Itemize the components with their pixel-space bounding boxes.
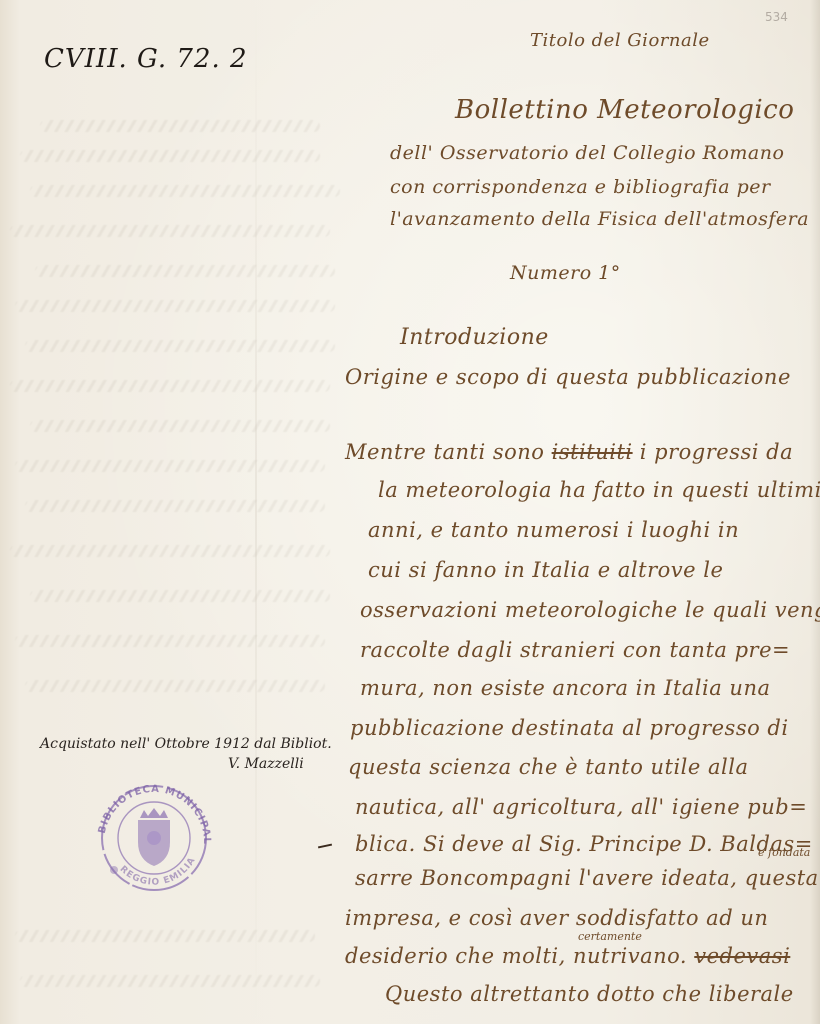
paper-fold bbox=[255, 0, 257, 1024]
manuscript-page: CVIII. G. 72. 2 534 Titolo del Giornale … bbox=[0, 0, 820, 1024]
header-note: Titolo del Giornale bbox=[530, 30, 710, 51]
struck-text: istituiti bbox=[552, 440, 633, 464]
margin-mark bbox=[318, 844, 332, 849]
bleed-through-stroke bbox=[20, 975, 320, 987]
body-text: i progressi da bbox=[633, 440, 794, 464]
library-stamp: BIBLIOTECA MUNICIPALE REGGIO EMILIA bbox=[90, 780, 218, 892]
section-heading: Introduzione bbox=[400, 325, 549, 350]
folio-number: 534 bbox=[765, 10, 788, 24]
issue-label: Numero 1° bbox=[510, 262, 621, 284]
bleed-through-stroke bbox=[15, 300, 335, 312]
bleed-through-stroke bbox=[25, 340, 335, 352]
body-line-11: blica. Si deve al Sig. Principe D. Balda… bbox=[355, 832, 813, 856]
body-line-2: la meteorologia ha fatto in questi ultim… bbox=[378, 478, 820, 502]
bleed-through-stroke bbox=[20, 150, 320, 162]
acquisition-note-signature: V. Mazzelli bbox=[228, 756, 304, 772]
bleed-through-stroke bbox=[25, 680, 325, 692]
body-line-7: mura, non esiste ancora in Italia una bbox=[360, 676, 771, 700]
interlinear-insert: e fondata bbox=[758, 846, 810, 859]
shelfmark: CVIII. G. 72. 2 bbox=[44, 44, 248, 74]
document-title: Bollettino Meteorologico bbox=[455, 95, 794, 125]
body-text: desiderio che molti, nutrivano. bbox=[345, 944, 694, 968]
subtitle-line-2: con corrispondenza e bibliografia per bbox=[390, 176, 771, 198]
body-line-4: cui si fanno in Italia e altrove le bbox=[368, 558, 723, 582]
bleed-through-stroke bbox=[30, 185, 340, 197]
body-line-12: sarre Boncompagni l'avere ideata, questa bbox=[355, 866, 819, 890]
subtitle-line-3-text: l'avanzamento della Fisica dell'atmosfer… bbox=[390, 208, 809, 230]
body-line-13: impresa, e così aver soddisfatto ad un bbox=[345, 906, 768, 930]
body-line-6: raccolte dagli stranieri con tanta pre= bbox=[360, 638, 790, 662]
body-line-3: anni, e tanto numerosi i luoghi in bbox=[368, 518, 739, 542]
body-line-9: questa scienza che è tanto utile alla bbox=[348, 755, 748, 779]
body-line-10: nautica, all' agricoltura, all' igiene p… bbox=[355, 795, 807, 819]
bleed-through-stroke bbox=[10, 225, 330, 237]
bleed-through-stroke bbox=[30, 420, 330, 432]
body-line-1: Mentre tanti sono istituiti i progressi … bbox=[345, 440, 793, 464]
struck-text: vedevasi bbox=[694, 944, 790, 968]
body-line-15: Questo altrettanto dotto che liberale bbox=[385, 982, 794, 1006]
bleed-through-stroke bbox=[35, 265, 335, 277]
subtitle-line-3: l'avanzamento della Fisica dell'atmosfer… bbox=[390, 208, 809, 230]
bleed-through-stroke bbox=[25, 500, 325, 512]
interlinear-insert: certamente bbox=[578, 930, 642, 943]
bleed-through-stroke bbox=[15, 635, 325, 647]
bleed-through-stroke bbox=[15, 460, 325, 472]
bleed-through-stroke bbox=[10, 545, 330, 557]
subtitle-line-1: dell' Osservatorio del Collegio Romano bbox=[390, 142, 784, 164]
acquisition-note-line-1: Acquistato nell' Ottobre 1912 dal Biblio… bbox=[40, 736, 332, 752]
bleed-through-stroke bbox=[40, 120, 320, 132]
bleed-through-stroke bbox=[30, 590, 330, 602]
body-text: Mentre tanti sono bbox=[345, 440, 552, 464]
bleed-through-stroke bbox=[10, 380, 330, 392]
stamp-seal-icon: BIBLIOTECA MUNICIPALE REGGIO EMILIA bbox=[90, 780, 218, 892]
body-line-14: desiderio che molti, nutrivano. vedevasi bbox=[345, 944, 790, 968]
section-subheading: Origine e scopo di questa pubblicazione bbox=[345, 365, 791, 389]
bleed-through-stroke bbox=[15, 930, 315, 942]
body-line-5: osservazioni meteorologiche le quali ven… bbox=[360, 598, 820, 622]
body-line-8: pubblicazione destinata al progresso di bbox=[350, 716, 789, 740]
